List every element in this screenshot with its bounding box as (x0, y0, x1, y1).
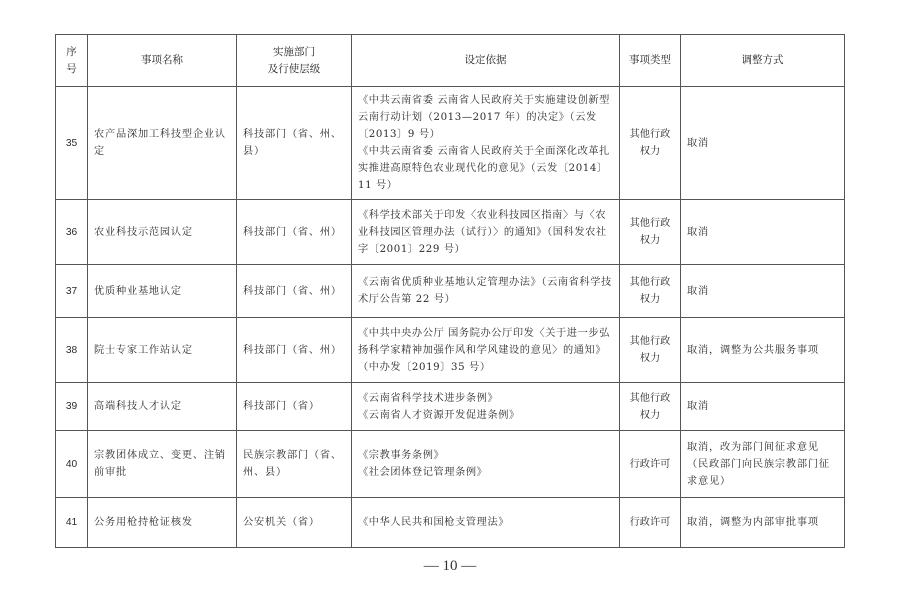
basis-line: 《中共中央办公厅 国务院办公厅印发〈关于进一步弘扬科学家精神加强作风和学风建设的… (358, 325, 613, 376)
header-dept-line2: 及行使层级 (243, 61, 345, 78)
cell-adjust: 取消 (681, 200, 845, 265)
basis-line: 《云南省人才资源开发促进条例》 (358, 407, 613, 424)
cell-seq: 39 (56, 383, 88, 431)
cell-name: 公务用枪持枪证核发 (88, 498, 237, 548)
header-dept: 实施部门 及行使层级 (237, 35, 352, 87)
cell-dept: 科技部门（省、州） (237, 265, 352, 318)
header-row: 序 号 事项名称 实施部门 及行使层级 设定依据 事项类型 调整方式 (56, 35, 845, 87)
cell-adjust: 取消 (681, 383, 845, 431)
cell-adjust: 取消 (681, 265, 845, 318)
cell-adjust: 取消，调整为公共服务事项 (681, 318, 845, 383)
cell-type: 其他行政权力 (620, 318, 681, 383)
header-adjust: 调整方式 (681, 35, 845, 87)
header-seq-line2: 号 (62, 61, 81, 78)
cell-type: 行政许可 (620, 431, 681, 498)
cell-seq: 36 (56, 200, 88, 265)
table-row: 36 农业科技示范园认定 科技部门（省、州） 《科学技术部关于印发〈农业科技园区… (56, 200, 845, 265)
adjustment-items-table: 序 号 事项名称 实施部门 及行使层级 设定依据 事项类型 调整方式 35 农产… (55, 34, 845, 548)
basis-line: 《云南省优质种业基地认定管理办法》（云南省科学技术厅公告第 22 号） (358, 274, 613, 308)
cell-dept: 民族宗教部门（省、州、县） (237, 431, 352, 498)
cell-name: 优质种业基地认定 (88, 265, 237, 318)
cell-type: 其他行政权力 (620, 200, 681, 265)
cell-adjust: 取消，调整为内部审批事项 (681, 498, 845, 548)
cell-dept: 科技部门（省） (237, 383, 352, 431)
header-name: 事项名称 (88, 35, 237, 87)
header-dept-line1: 实施部门 (243, 44, 345, 61)
basis-line: 《宗教事务条例》 (358, 447, 613, 464)
basis-line: 《云南省科学技术进步条例》 (358, 390, 613, 407)
table-row: 39 高端科技人才认定 科技部门（省） 《云南省科学技术进步条例》 《云南省人才… (56, 383, 845, 431)
basis-line: 《中共云南省委 云南省人民政府关于实施建设创新型云南行动计划（2013—2017… (358, 92, 613, 143)
cell-dept: 科技部门（省、州） (237, 318, 352, 383)
basis-line: 《中共云南省委 云南省人民政府关于全面深化改革扎实推进高原特色农业现代化的意见》… (358, 143, 613, 194)
cell-type: 其他行政权力 (620, 87, 681, 200)
page-number: — 10 — (0, 558, 900, 575)
cell-dept: 科技部门（省、州） (237, 200, 352, 265)
cell-basis: 《中华人民共和国枪支管理法》 (352, 498, 620, 548)
cell-basis: 《中共云南省委 云南省人民政府关于实施建设创新型云南行动计划（2013—2017… (352, 87, 620, 200)
cell-adjust: 取消 (681, 87, 845, 200)
cell-dept: 科技部门（省、州、县） (237, 87, 352, 200)
cell-basis: 《云南省科学技术进步条例》 《云南省人才资源开发促进条例》 (352, 383, 620, 431)
cell-name: 农业科技示范园认定 (88, 200, 237, 265)
table-row: 40 宗教团体成立、变更、注销前审批 民族宗教部门（省、州、县） 《宗教事务条例… (56, 431, 845, 498)
cell-seq: 40 (56, 431, 88, 498)
cell-basis: 《中共中央办公厅 国务院办公厅印发〈关于进一步弘扬科学家精神加强作风和学风建设的… (352, 318, 620, 383)
header-seq: 序 号 (56, 35, 88, 87)
table-row: 41 公务用枪持枪证核发 公安机关（省） 《中华人民共和国枪支管理法》 行政许可… (56, 498, 845, 548)
cell-name: 农产品深加工科技型企业认定 (88, 87, 237, 200)
cell-seq: 41 (56, 498, 88, 548)
cell-basis: 《云南省优质种业基地认定管理办法》（云南省科学技术厅公告第 22 号） (352, 265, 620, 318)
cell-name: 宗教团体成立、变更、注销前审批 (88, 431, 237, 498)
cell-seq: 35 (56, 87, 88, 200)
basis-line: 《科学技术部关于印发〈农业科技园区指南〉与〈农业科技园区管理办法（试行）〉的通知… (358, 207, 613, 258)
cell-seq: 37 (56, 265, 88, 318)
cell-type: 其他行政权力 (620, 265, 681, 318)
cell-adjust: 取消，改为部门间征求意见（民政部门向民族宗教部门征求意见） (681, 431, 845, 498)
cell-dept: 公安机关（省） (237, 498, 352, 548)
header-basis: 设定依据 (352, 35, 620, 87)
table-row: 38 院士专家工作站认定 科技部门（省、州） 《中共中央办公厅 国务院办公厅印发… (56, 318, 845, 383)
table-row: 37 优质种业基地认定 科技部门（省、州） 《云南省优质种业基地认定管理办法》（… (56, 265, 845, 318)
cell-basis: 《宗教事务条例》 《社会团体登记管理条例》 (352, 431, 620, 498)
cell-basis: 《科学技术部关于印发〈农业科技园区指南〉与〈农业科技园区管理办法（试行）〉的通知… (352, 200, 620, 265)
header-type: 事项类型 (620, 35, 681, 87)
table-row: 35 农产品深加工科技型企业认定 科技部门（省、州、县） 《中共云南省委 云南省… (56, 87, 845, 200)
cell-seq: 38 (56, 318, 88, 383)
cell-type: 行政许可 (620, 498, 681, 548)
header-seq-line1: 序 (62, 44, 81, 61)
cell-type: 其他行政权力 (620, 383, 681, 431)
basis-line: 《社会团体登记管理条例》 (358, 464, 613, 481)
cell-name: 院士专家工作站认定 (88, 318, 237, 383)
cell-name: 高端科技人才认定 (88, 383, 237, 431)
basis-line: 《中华人民共和国枪支管理法》 (358, 514, 613, 531)
